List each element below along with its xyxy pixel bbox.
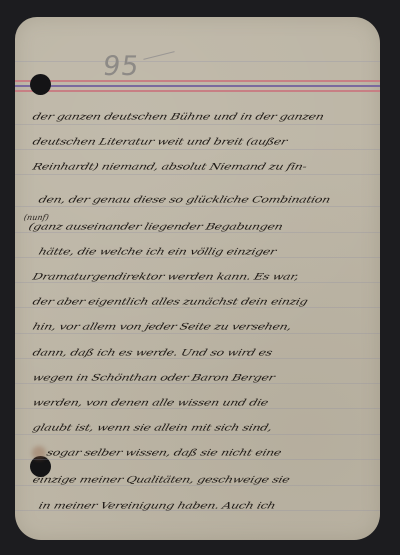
handwritten-line: Reinhardt) niemand, absolut Niemand zu f… [31,161,308,172]
ruled-line [15,257,380,258]
handwritten-line: hätte, die welche ich ein völlig einzige… [37,246,277,257]
ruled-line [15,282,380,283]
handwritten-line: in meiner Vereinigung haben. Auch ich [37,500,277,511]
handwritten-line: deutschen Literatur weit und breit (auße… [31,136,288,147]
ruled-line [15,358,380,359]
ruled-line [15,174,380,175]
header-rule-red-top [15,80,380,82]
ruled-line [15,408,380,409]
faint-top-rule [15,61,380,62]
header-rule-purple [15,85,380,87]
handwritten-line: der ganzen deutschen Bühne und in der ga… [31,111,325,122]
ruled-line [15,206,380,207]
punch-hole-top [30,74,51,95]
ruled-line [15,434,380,435]
header-rule-red-bottom [15,90,380,92]
handwritten-line: den, der genau diese so glückliche Combi… [37,194,331,205]
ruled-line [15,485,380,486]
ruled-line [15,333,380,334]
ruled-line [15,307,380,308]
handwritten-line: Dramaturgendirektor werden kann. Es war, [31,271,300,282]
handwritten-line: werden, von denen alle wissen und die [31,397,269,408]
ruled-line [15,124,380,125]
ruled-line [15,232,380,233]
ruled-line [15,149,380,150]
ruled-line [15,459,380,460]
handwritten-line: hin, vor allem von jeder Seite zu verseh… [31,321,292,332]
handwritten-line: sogar selber wissen, daß sie nicht eine [45,447,282,458]
handwritten-line: dann, daß ich es werde. Und so wird es [31,347,273,358]
ruled-line [15,383,380,384]
handwritten-line: der aber eigentlich alles zunächst dein … [31,296,309,307]
handwritten-line: glaubt ist, wenn sie allein mit sich sin… [31,422,273,433]
handwritten-line: einzige meiner Qualitäten, geschweige si… [31,474,291,485]
page-number-stroke [143,51,174,60]
handwritten-line: (ganz auseinander liegender Begabungen [27,221,284,232]
index-card: 95 (nunf) der ganzen deutschen Bühne und… [15,17,380,540]
handwritten-line: wegen in Schönthan oder Baron Berger [31,372,276,383]
page-number: 95 [101,51,142,82]
